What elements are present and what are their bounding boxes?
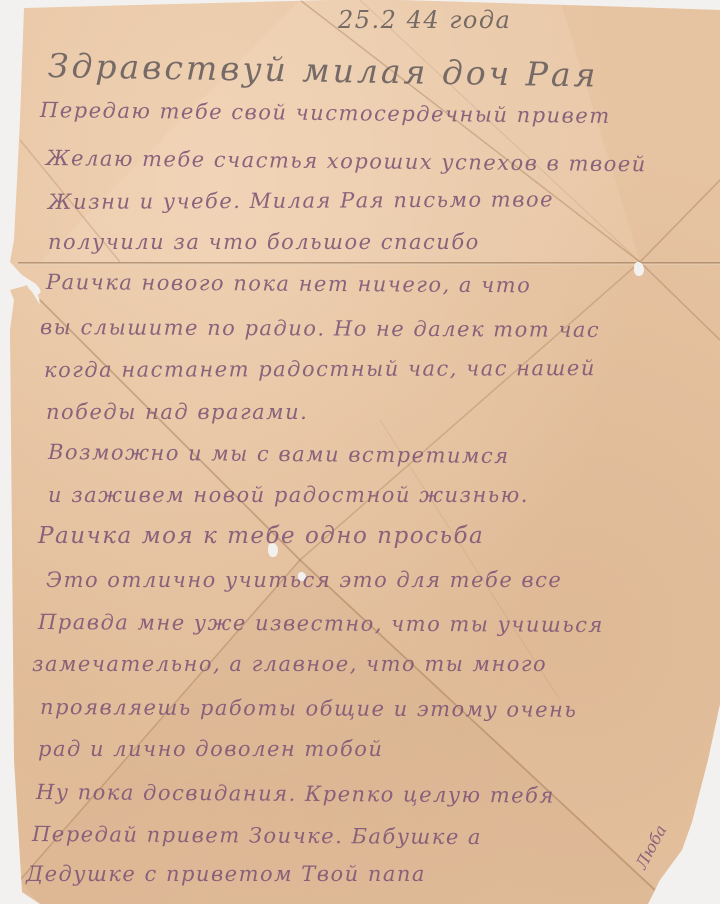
letter-line: Ну пока досвидания. Крепко целую тебя: [36, 780, 555, 808]
letter-line: и заживем новой радостной жизнью.: [48, 483, 529, 507]
letter-line: Это отлично учиться это для тебе все: [46, 568, 562, 592]
letter-line: замечательно, а главное, что ты много: [32, 652, 547, 676]
horizontal-crease: [18, 262, 720, 265]
letter-line: победы над врагами.: [46, 400, 308, 424]
letter-line: рад и лично доволен тобой: [38, 737, 383, 761]
letter-line: проявляешь работы общие и этому очень: [40, 695, 577, 722]
letter-line: Раичка моя к тебе одно просьба: [38, 523, 484, 549]
letter-line: получили за что большое спасибо: [48, 230, 480, 254]
letter-line: Жизни и учебе. Милая Рая письмо твое: [48, 187, 554, 214]
letter-line: Раичка нового пока нет ничего, а что: [46, 270, 531, 297]
tear-hole-center: [634, 262, 644, 276]
letter-line: Правда мне уже известно, что ты учишься: [38, 610, 604, 637]
letter-date: 25.2 44 года: [338, 6, 511, 34]
letter-line: Возможно и мы с вами встретимся: [48, 440, 510, 468]
letter-line: когда настанет радостный час, час нашей: [44, 356, 596, 382]
letter-line: вы слышите по радио. Но не далек тот час: [40, 315, 600, 342]
letter-line: Передай привет Зоичке. Бабушке а: [32, 822, 482, 849]
letter-signature-line: Дедушке с приветом Твой папа: [26, 862, 426, 886]
